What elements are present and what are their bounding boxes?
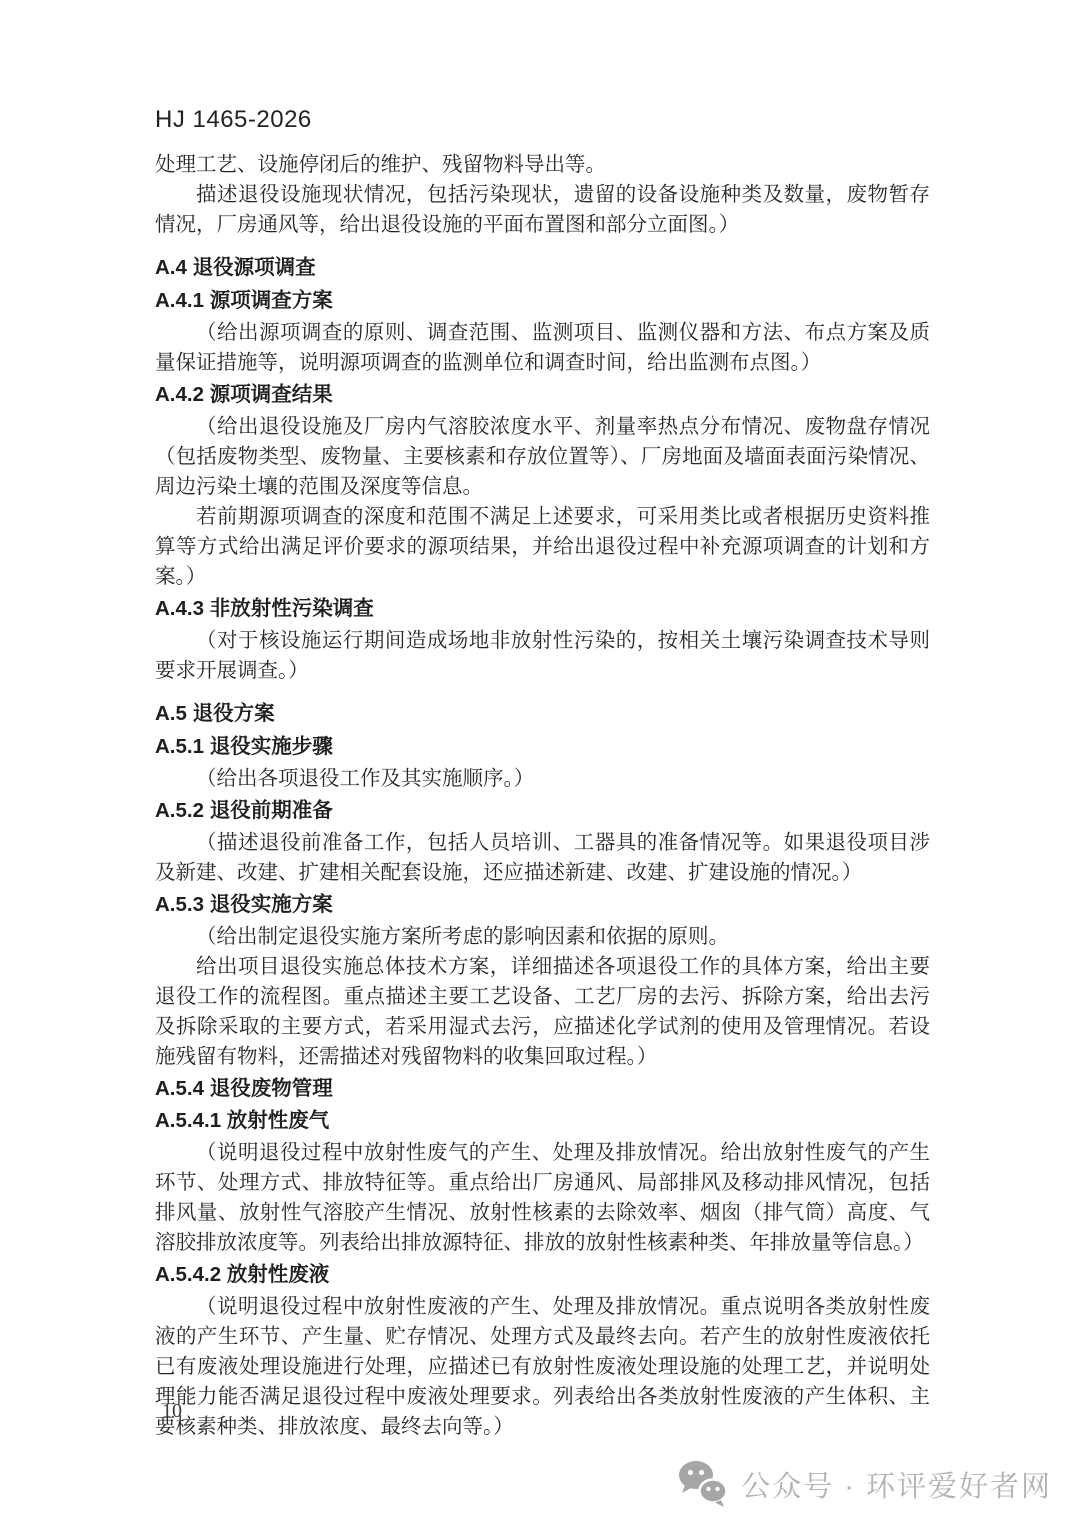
doc-heading: A.5.4.1 放射性废气 bbox=[155, 1106, 930, 1136]
document-body: 处理工艺、设施停闭后的维护、残留物料导出等。描述退役设施现状情况，包括污染现状，… bbox=[155, 150, 930, 1442]
watermark: 公众号 · 环评爱好者网 bbox=[677, 1460, 1052, 1508]
doc-paragraph: （对于核设施运行期间造成场地非放射性污染的，按相关土壤污染调查技术导则要求开展调… bbox=[155, 626, 930, 686]
doc-paragraph: 给出项目退役实施总体技术方案，详细描述各项退役工作的具体方案，给出主要退役工作的… bbox=[155, 952, 930, 1072]
doc-paragraph: 描述退役设施现状情况，包括污染现状，遗留的设备设施种类及数量，废物暂存情况，厂房… bbox=[155, 180, 930, 240]
doc-heading: A.5.2 退役前期准备 bbox=[155, 796, 930, 826]
page-number: 10 bbox=[162, 1400, 182, 1423]
doc-heading: A.5.3 退役实施方案 bbox=[155, 890, 930, 920]
doc-paragraph: （说明退役过程中放射性废气的产生、处理及排放情况。给出放射性废气的产生环节、处理… bbox=[155, 1138, 930, 1258]
doc-paragraph: 处理工艺、设施停闭后的维护、残留物料导出等。 bbox=[155, 150, 930, 180]
standard-code-header: HJ 1465-2026 bbox=[155, 106, 312, 134]
doc-paragraph: （给出源项调查的原则、调查范围、监测项目、监测仪器和方法、布点方案及质量保证措施… bbox=[155, 318, 930, 378]
doc-paragraph: （给出各项退役工作及其实施顺序。） bbox=[155, 764, 930, 794]
doc-paragraph: （给出制定退役实施方案所考虑的影响因素和依据的原则。 bbox=[155, 922, 930, 952]
doc-paragraph: 若前期源项调查的深度和范围不满足上述要求，可采用类比或者根据历史资料推算等方式给… bbox=[155, 502, 930, 592]
doc-heading: A.4.1 源项调查方案 bbox=[155, 286, 930, 316]
doc-heading: A.5 退役方案 bbox=[155, 699, 930, 729]
doc-heading: A.4 退役源项调查 bbox=[155, 253, 930, 283]
doc-heading: A.4.2 源项调查结果 bbox=[155, 380, 930, 410]
wechat-icon bbox=[677, 1460, 729, 1508]
doc-heading: A.5.4.2 放射性废液 bbox=[155, 1260, 930, 1290]
doc-heading: A.5.1 退役实施步骤 bbox=[155, 732, 930, 762]
doc-heading: A.4.3 非放射性污染调查 bbox=[155, 594, 930, 624]
watermark-text: 公众号 · 环评爱好者网 bbox=[741, 1464, 1052, 1505]
doc-heading: A.5.4 退役废物管理 bbox=[155, 1074, 930, 1104]
document-page: HJ 1465-2026 处理工艺、设施停闭后的维护、残留物料导出等。描述退役设… bbox=[0, 0, 1080, 1528]
doc-paragraph: （说明退役过程中放射性废液的产生、处理及排放情况。重点说明各类放射性废液的产生环… bbox=[155, 1292, 930, 1442]
doc-paragraph: （描述退役前准备工作，包括人员培训、工器具的准备情况等。如果退役项目涉及新建、改… bbox=[155, 828, 930, 888]
doc-paragraph: （给出退役设施及厂房内气溶胶浓度水平、剂量率热点分布情况、废物盘存情况（包括废物… bbox=[155, 412, 930, 502]
